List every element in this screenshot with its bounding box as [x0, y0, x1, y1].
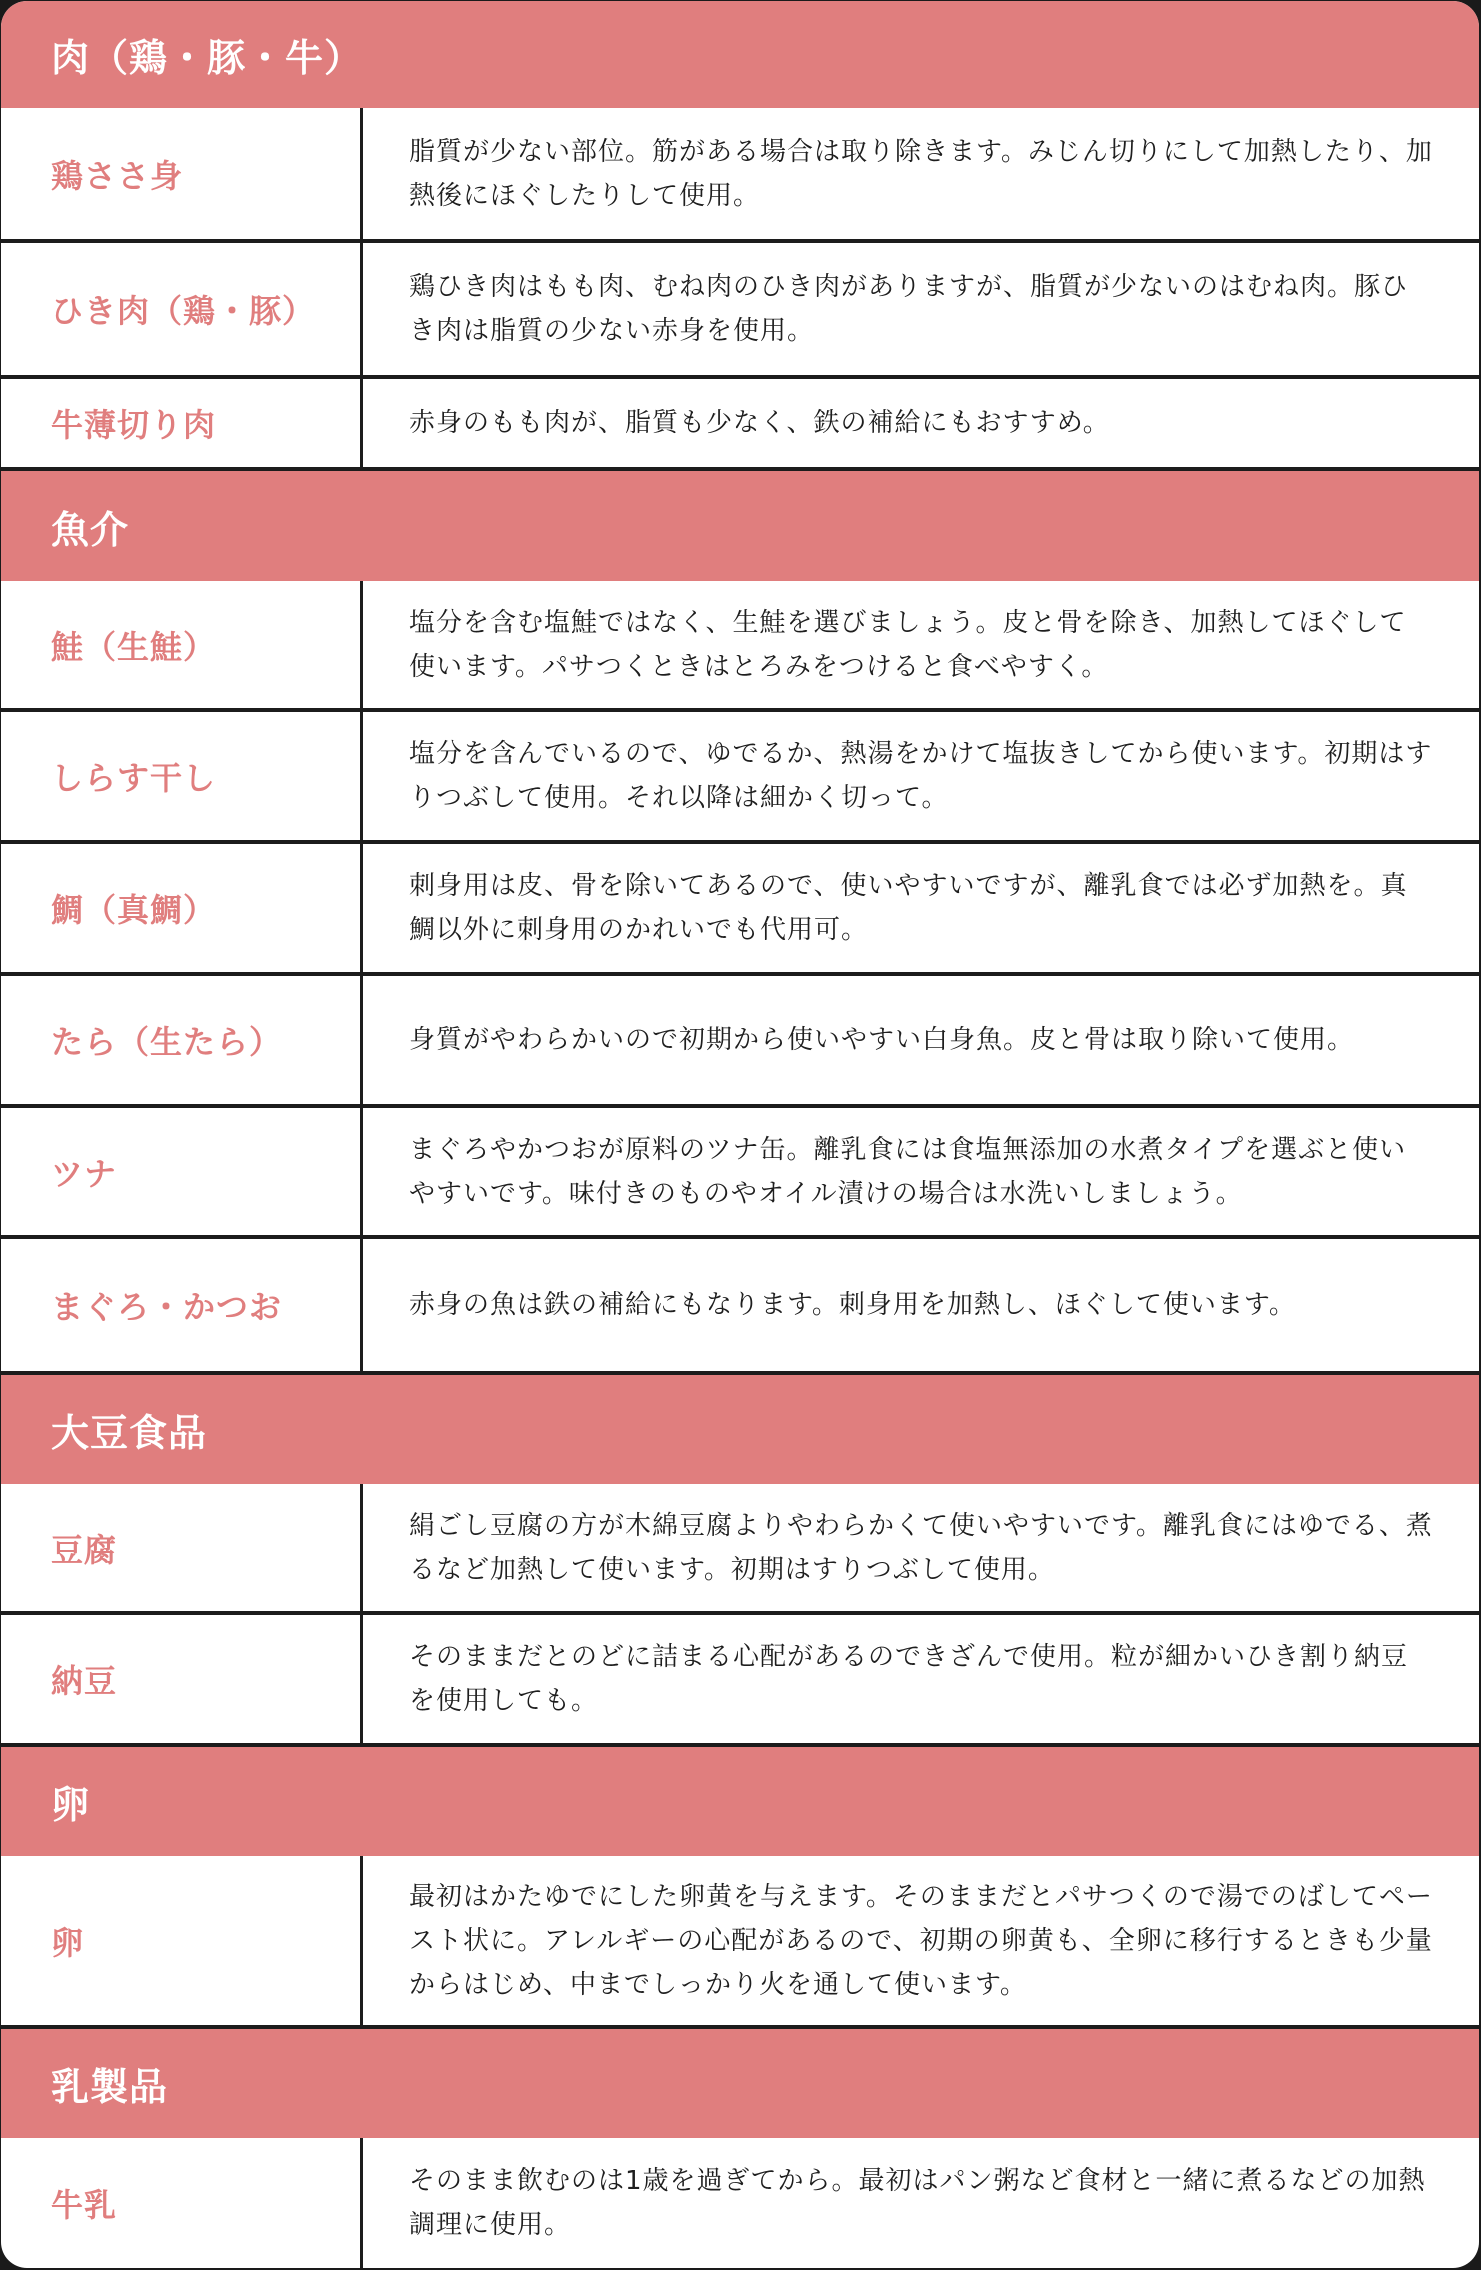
food-name: たら（生たら）	[1, 976, 360, 1104]
table-row: 鯛（真鯛） 刺身用は皮、骨を除いてあるので、使いやすいですが、離乳食では必ず加熱…	[1, 844, 1479, 976]
table-row: 納豆 そのままだとのどに詰まる心配があるのできざんで使用。粒が細かいひき割り納豆…	[1, 1615, 1479, 1747]
food-description: 塩分を含んでいるので、ゆでるか、熱湯をかけて塩抜きしてから使います。初期はすりつ…	[363, 712, 1479, 840]
section-title: 卵	[51, 1774, 90, 1829]
food-description: 脂質が少ない部位。筋がある場合は取り除きます。みじん切りにして加熱したり、加熱後…	[363, 108, 1479, 239]
food-name: 鯛（真鯛）	[1, 844, 360, 972]
food-description: 赤身の魚は鉄の補給にもなります。刺身用を加熱し、ほぐして使います。	[363, 1239, 1479, 1371]
section-title: 肉（鶏・豚・牛）	[51, 27, 363, 82]
section-title: 魚介	[51, 499, 129, 554]
food-name: しらす干し	[1, 712, 360, 840]
table-row: まぐろ・かつお 赤身の魚は鉄の補給にもなります。刺身用を加熱し、ほぐして使います…	[1, 1239, 1479, 1375]
food-description: まぐろやかつおが原料のツナ缶。離乳食には食塩無添加の水煮タイプを選ぶと使いやすい…	[363, 1108, 1479, 1235]
food-name: 牛薄切り肉	[1, 379, 360, 467]
section-header-seafood: 魚介	[1, 471, 1479, 581]
food-name: 卵	[1, 1856, 360, 2025]
table-row: 豆腐 絹ごし豆腐の方が木綿豆腐よりやわらかくて使いやすいです。離乳食にはゆでる、…	[1, 1484, 1479, 1615]
section-header-egg: 卵	[1, 1747, 1479, 1856]
food-description: 最初はかたゆでにした卵黄を与えます。そのままだとパサつくので湯でのばしてペースト…	[363, 1856, 1479, 2025]
table-row: ひき肉（鶏・豚） 鶏ひき肉はもも肉、むね肉のひき肉がありますが、脂質が少ないのは…	[1, 243, 1479, 379]
food-name: まぐろ・かつお	[1, 1239, 360, 1371]
section-header-dairy: 乳製品	[1, 2029, 1479, 2138]
food-name: ツナ	[1, 1108, 360, 1235]
food-description: 刺身用は皮、骨を除いてあるので、使いやすいですが、離乳食では必ず加熱を。真鯛以外…	[363, 844, 1479, 972]
food-description: 身質がやわらかいので初期から使いやすい白身魚。皮と骨は取り除いて使用。	[363, 976, 1479, 1104]
table-row: 鶏ささ身 脂質が少ない部位。筋がある場合は取り除きます。みじん切りにして加熱した…	[1, 108, 1479, 243]
food-name: 牛乳	[1, 2138, 360, 2268]
food-description: 赤身のもも肉が、脂質も少なく、鉄の補給にもおすすめ。	[363, 379, 1479, 467]
section-title: 乳製品	[51, 2056, 168, 2111]
food-name: 鶏ささ身	[1, 108, 360, 239]
section-header-soy: 大豆食品	[1, 1375, 1479, 1484]
food-description: 塩分を含む塩鮭ではなく、生鮭を選びましょう。皮と骨を除き、加熱してほぐして使いま…	[363, 581, 1479, 708]
section-title: 大豆食品	[51, 1402, 207, 1457]
food-name: 納豆	[1, 1615, 360, 1743]
food-description: そのまま飲むのは1歳を過ぎてから。最初はパン粥など食材と一緒に煮るなどの加熱調理…	[363, 2138, 1479, 2268]
table-row: 牛乳 そのまま飲むのは1歳を過ぎてから。最初はパン粥など食材と一緒に煮るなどの加…	[1, 2138, 1479, 2268]
table-row: 牛薄切り肉 赤身のもも肉が、脂質も少なく、鉄の補給にもおすすめ。	[1, 379, 1479, 471]
food-name: 鮭（生鮭）	[1, 581, 360, 708]
table-row: しらす干し 塩分を含んでいるので、ゆでるか、熱湯をかけて塩抜きしてから使います。…	[1, 712, 1479, 844]
table-row: 鮭（生鮭） 塩分を含む塩鮭ではなく、生鮭を選びましょう。皮と骨を除き、加熱してほ…	[1, 581, 1479, 712]
food-name: ひき肉（鶏・豚）	[1, 243, 360, 375]
table-row: 卵 最初はかたゆでにした卵黄を与えます。そのままだとパサつくので湯でのばしてペー…	[1, 1856, 1479, 2029]
protein-foods-table: 肉（鶏・豚・牛） 鶏ささ身 脂質が少ない部位。筋がある場合は取り除きます。みじん…	[1, 1, 1479, 2268]
table-row: ツナ まぐろやかつおが原料のツナ缶。離乳食には食塩無添加の水煮タイプを選ぶと使い…	[1, 1108, 1479, 1239]
food-name: 豆腐	[1, 1484, 360, 1611]
food-description: そのままだとのどに詰まる心配があるのできざんで使用。粒が細かいひき割り納豆を使用…	[363, 1615, 1479, 1743]
section-header-meat: 肉（鶏・豚・牛）	[1, 1, 1479, 108]
food-description: 絹ごし豆腐の方が木綿豆腐よりやわらかくて使いやすいです。離乳食にはゆでる、煮るな…	[363, 1484, 1479, 1611]
food-description: 鶏ひき肉はもも肉、むね肉のひき肉がありますが、脂質が少ないのはむね肉。豚ひき肉は…	[363, 243, 1479, 375]
table-row: たら（生たら） 身質がやわらかいので初期から使いやすい白身魚。皮と骨は取り除いて…	[1, 976, 1479, 1108]
